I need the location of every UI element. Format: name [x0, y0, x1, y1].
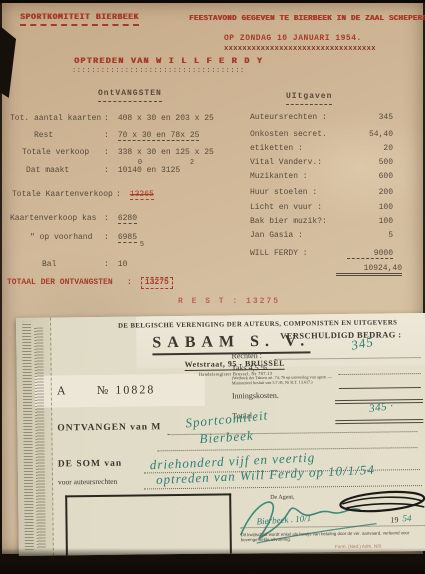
expense-label: Jan Gasia : — [250, 231, 347, 240]
stub-fine-print — [34, 328, 46, 548]
expense-label: Huur stoelen : — [250, 188, 347, 197]
row-value-text: 6985 — [118, 233, 137, 242]
expenses-total-row: 10924,40 — [336, 264, 402, 276]
row-value: 10 — [118, 260, 128, 269]
committee-title: SPORTKOMITEIT BIERBEEK — [20, 13, 139, 26]
expense-row: Jan Gasia :5 — [250, 231, 393, 240]
received-from-handwritten: Sportcomiteit — [185, 407, 269, 431]
row-value: 70 x 30 en 78x 25 — [118, 131, 200, 141]
colon: : — [104, 214, 113, 223]
expense-value: 54,40 — [347, 130, 393, 139]
colon: : — [104, 166, 113, 175]
typed-correction-mark: 5 — [140, 241, 144, 249]
expense-row: Bak bier muzik?:100 — [250, 217, 393, 226]
expense-row-will-ferdy: WILL FERDY :9000 — [250, 249, 393, 259]
row-label: Totale verkoop — [22, 148, 104, 157]
expense-row: Huur stoelen :200 — [250, 188, 393, 197]
expense-label: WILL FERDY : — [250, 249, 347, 258]
expense-label: Licht en vuur : — [250, 203, 347, 212]
performer-line: OPTREDEN VAN W I L L F E R D Y — [74, 56, 263, 66]
row-value: 408 x 30 en 203 x 25 — [118, 114, 214, 123]
expense-value: 200 — [347, 188, 393, 197]
total-rule — [335, 419, 423, 424]
expense-row: Auteursrechten :345 — [250, 113, 393, 122]
expense-row: etiketten :20 — [250, 144, 393, 153]
receipt-footnote: Dit kwijtschrift wordt enkel als bewijs … — [241, 530, 423, 543]
expense-row: Vital Vanderv.:500 — [250, 158, 393, 167]
row-label: Totale Kaartenverkoop — [12, 190, 116, 199]
scanned-document-photo: SPORTKOMITEIT BIERBEEK FEESTAVOND GEGEVE… — [0, 0, 425, 574]
row-label: Tot. aantal kaarten — [10, 114, 104, 123]
for-royalties-label: voor auteursrechten — [58, 477, 117, 487]
expense-label: Vital Vanderv.: — [250, 158, 347, 167]
expense-value: 100 — [347, 217, 393, 226]
expense-label: Bak bier muzik?: — [250, 217, 347, 226]
rest-line: R E S T : 13275 — [178, 297, 280, 306]
stamp-box — [65, 493, 232, 555]
photo-top-edge — [0, 0, 425, 3]
expense-value: 9000 — [347, 249, 393, 259]
row-value: 6280 — [118, 214, 137, 224]
colon: : — [104, 131, 113, 140]
serial-number: № 10828 — [97, 382, 156, 398]
serial-prefix: A — [57, 383, 68, 398]
amount-due-label: VERSCHULDIGD BEDRAG : — [280, 329, 401, 340]
colon: : — [232, 297, 239, 306]
taks-line — [339, 373, 421, 375]
ledger-row-sold-tickets: Totale verkoop: 338 x 30 en 125 x 25 — [22, 148, 214, 157]
ledger-row-cash-sales: Kaartenverkoop kas: 6280 — [10, 214, 137, 224]
sum-label: DE SOM van — [58, 459, 122, 470]
row-label: Rest — [34, 131, 104, 140]
row-value: 338 x 30 en 125 x 25 — [118, 148, 214, 157]
expense-row: Muzikanten :600 — [250, 172, 393, 181]
rest-label: R E S T — [178, 297, 226, 306]
ledger-row-bal: Bal: 10 — [42, 260, 127, 269]
ledger-row-total-ticket-sales: Totale Kaartenverkoop: 13265 — [12, 190, 154, 200]
row-value: 69855 — [118, 233, 137, 243]
colon: : — [127, 278, 136, 287]
row-value-struck: 13265 — [130, 190, 154, 200]
sabam-receipt: DE BELGISCHE VERENIGING DER AUTEURS, COM… — [16, 313, 425, 556]
row-value: 10140 en 312502 — [118, 166, 180, 175]
ledger-row-grand-total: TOTAAL DER ONTVANGSTEN: 13275 — [7, 277, 173, 289]
year-handwritten: 54 — [402, 513, 411, 523]
received-from-label: ONTVANGEN van M — [57, 422, 161, 433]
expense-label: Muzikanten : — [250, 172, 347, 181]
ledger-row-dat-maakt: Dat maakt: 10140 en 312502 — [26, 166, 180, 175]
expense-row: Licht en vuur :100 — [250, 203, 393, 212]
expenses-total-value: 10924,40 — [336, 264, 402, 276]
colon: : — [104, 148, 113, 157]
inningskosten-label: Inningskosten. — [232, 391, 279, 401]
expense-value: 600 — [347, 172, 393, 181]
stub-fine-print — [22, 322, 34, 550]
performer-underline-row: :::::::::::::::::::::::::::::::::::: — [72, 67, 245, 75]
row-label: TOTAAL DER ONTVANGSTEN — [7, 278, 127, 287]
rule-line — [339, 387, 421, 389]
row-label: Bal — [42, 260, 104, 269]
expenses-column-title: UItgaven — [286, 92, 332, 105]
expense-label: Onkosten secret. — [250, 130, 347, 139]
event-underline-row: xxxxxxxxxxxxxxxxxxxxxxxxxxxxxxxxx — [224, 45, 376, 53]
expense-value: 20 — [347, 144, 393, 153]
row-label: Kaartenverkoop kas — [10, 214, 104, 223]
receipts-column-title: OntVANGSTEN — [98, 89, 162, 102]
row-label: Dat maakt — [26, 166, 104, 175]
expense-label: Auteursrechten : — [250, 113, 347, 122]
expense-value: 5 — [347, 231, 393, 240]
rest-value: 13275 — [246, 297, 280, 306]
photo-bottom-shadow — [0, 548, 425, 574]
colon: : — [116, 190, 125, 199]
ledger-row-advance-sales: " op voorhand: 69855 — [30, 233, 137, 243]
stub-perforation-line — [50, 318, 55, 556]
event-line-1: FEESTAVOND GEGEVEN TE BIERBEEK IN DE ZAA… — [189, 15, 425, 23]
expense-label: etiketten : — [250, 144, 347, 153]
colon: : — [104, 260, 113, 269]
typed-correction-mark: 2 — [190, 159, 194, 167]
year-printed: 19 — [390, 515, 398, 524]
expense-value: 100 — [347, 203, 393, 212]
rechten-label: Rechten : — [231, 351, 262, 360]
ledger-row-rest-tickets: Rest: 70 x 30 en 78x 25 — [34, 131, 199, 141]
event-line-2: OP ZONDAG 10 JANUARI 1954. — [224, 34, 362, 43]
taks-smallprint: (Wetboek der Taksen art. 74, 76 op uitvo… — [232, 374, 334, 385]
expense-value: 345 — [347, 113, 393, 122]
row-label: " op voorhand — [30, 233, 104, 242]
typed-correction-mark: 0 — [138, 159, 142, 167]
received-from-handwritten-2: Bierbeek — [199, 428, 254, 447]
expense-value: 500 — [347, 158, 393, 167]
colon: : — [104, 233, 113, 242]
subtotal-handwritten: 345 · — [369, 400, 395, 415]
row-value-text: 10140 en 3125 — [118, 166, 180, 175]
row-value-boxed: 13275 — [141, 277, 173, 289]
ledger-row-total-tickets: Tot. aantal kaarten: 408 x 30 en 203 x 2… — [10, 114, 214, 123]
expense-row: Onkosten secret.54,40 — [250, 130, 393, 139]
colon: : — [104, 114, 113, 123]
taks-label: Taks 4,5 % — [232, 363, 268, 372]
